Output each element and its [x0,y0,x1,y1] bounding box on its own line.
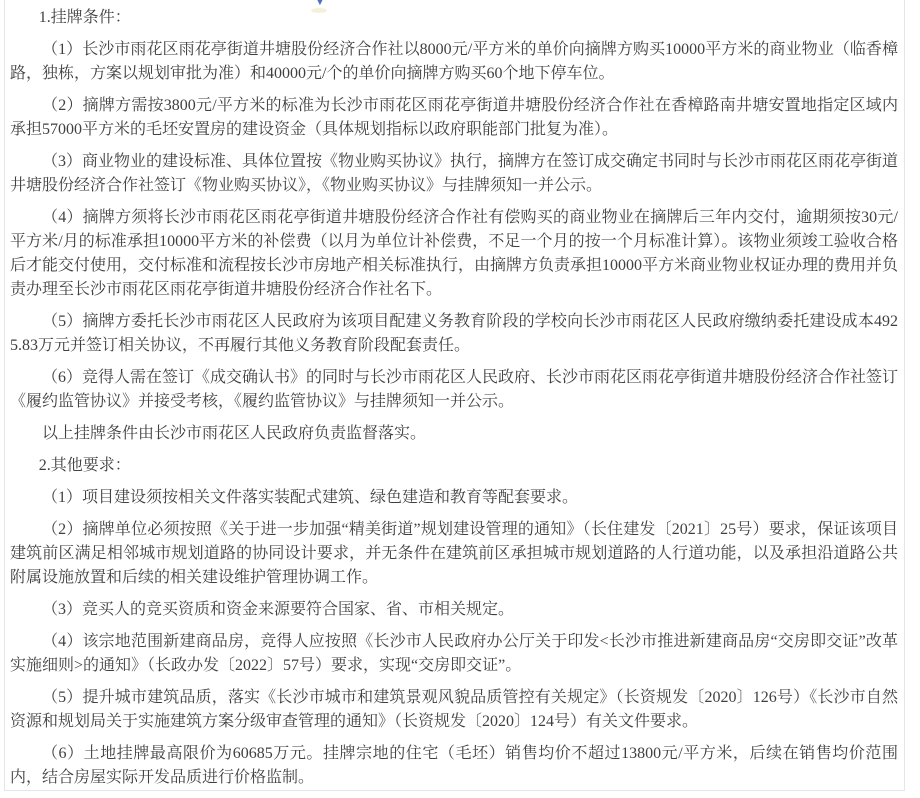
document-sheet: 1.挂牌条件： （1）长沙市雨花区雨花亭街道井塘股份经济合作社以8000元/平方… [4,0,905,791]
section-1-heading: 1.挂牌条件： [10,6,898,30]
section-1-closing-note: 以上挂牌条件由长沙市雨花区人民政府负责监督落实。 [10,422,898,446]
listing-condition-1: （1）长沙市雨花区雨花亭街道井塘股份经济合作社以8000元/平方米的单价向摘牌方… [10,38,898,86]
scroll-down-arrow-icon: ▼ [312,0,328,8]
other-requirement-5: （5）提升城市建筑品质，落实《长沙市城市和建筑景观风貌品质管控有关规定》（长资规… [10,686,898,734]
listing-condition-6: （6）竞得人需在签订《成交确认书》的同时与长沙市雨花区人民政府、长沙市雨花区雨花… [10,366,898,414]
listing-condition-2: （2）摘牌方需按3800元/平方米的标准为长沙市雨花区雨花亭街道井塘股份经济合作… [10,94,898,142]
marker-glow [311,8,327,13]
other-requirement-3: （3）竞买人的竞买资质和资金来源要符合国家、省、市相关规定。 [10,598,898,622]
listing-condition-3: （3）商业物业的建设标准、具体位置按《物业购买协议》执行，摘牌方在签订成交确定书… [10,150,898,198]
listing-condition-5: （5）摘牌方委托长沙市雨花区人民政府为该项目配建义务教育阶段的学校向长沙市雨花区… [10,310,898,358]
other-requirement-1: （1）项目建设须按相关文件落实装配式建筑、绿色建造和教育等配套要求。 [10,486,898,510]
other-requirement-6: （6）土地挂牌最高限价为60685万元。挂牌宗地的住宅（毛坯）销售均价不超过13… [10,742,898,790]
other-requirement-4: （4）该宗地范围新建商品房，竞得人应按照《长沙市人民政府办公厅关于印发<长沙市推… [10,630,898,678]
section-2-heading: 2.其他要求： [10,454,898,478]
announcement-page: ▼ 1.挂牌条件： （1）长沙市雨花区雨花亭街道井塘股份经济合作社以8000元/… [0,0,920,798]
document-content: 1.挂牌条件： （1）长沙市雨花区雨花亭街道井塘股份经济合作社以8000元/平方… [5,0,904,790]
other-requirement-2: （2）摘牌单位必须按照《关于进一步加强“精美街道”规划建设管理的通知》（长住建发… [10,518,898,590]
listing-condition-4: （4）摘牌方须将长沙市雨花区雨花亭街道井塘股份经济合作社有偿购买的商业物业在摘牌… [10,206,898,302]
